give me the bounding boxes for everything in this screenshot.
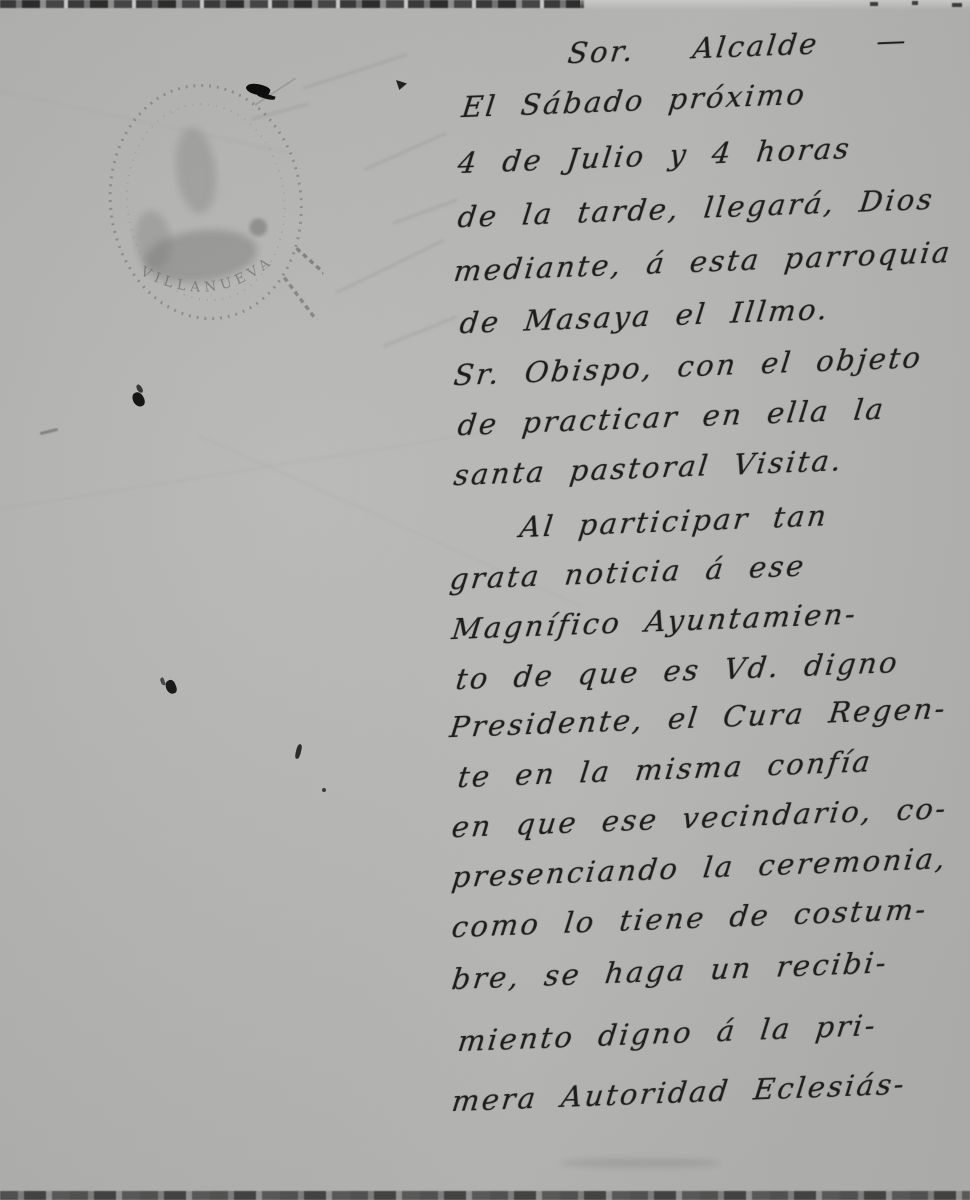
manuscript-line: miento digno á la pri- (456, 1008, 879, 1058)
seal-spur-stroke (297, 243, 329, 293)
ink-blot (164, 679, 178, 696)
ink-bleedthrough-mark (382, 315, 457, 348)
ink-bleedthrough-mark (363, 132, 446, 171)
manuscript-line: Sr. Obispo, con el objeto (452, 340, 925, 392)
ink-speck (322, 788, 326, 792)
seal-spur-stroke (284, 274, 319, 328)
ink-bleedthrough-mark (302, 53, 408, 90)
manuscript-line: to de que es Vd. digno (454, 645, 901, 696)
manuscript-line: de practicar en ella la (456, 391, 888, 442)
scanned-letter-page: VILLANUEVA Sor. Alcalde — El Sábado próx… (0, 0, 970, 1200)
manuscript-line: presenciando la ceremonia, (450, 841, 949, 894)
manuscript-line: 4 de Julio y 4 horas (456, 131, 853, 180)
manuscript-line: bre, se haga un recibi- (450, 945, 890, 996)
manuscript-line: de Masaya el Illmo. (458, 292, 832, 340)
manuscript-line: El Sábado próximo (460, 77, 809, 124)
ink-bleedthrough-mark (335, 239, 444, 294)
manuscript-line: de la tarde, llegará, Dios (456, 182, 936, 234)
seal-star-mark (248, 217, 268, 237)
paper-crease (0, 429, 497, 512)
manuscript-line: Presidente, el Cura Regen- (448, 691, 949, 744)
manuscript-line: grata noticia á ese (448, 548, 808, 596)
manuscript-line: como lo tiene de costum- (450, 892, 930, 944)
manuscript-line: Sor. Alcalde — (566, 23, 910, 70)
ink-speck (396, 80, 407, 90)
ink-speck (40, 428, 58, 435)
manuscript-line: Magnífico Ayuntamien- (450, 596, 860, 646)
manuscript-line: mera Autoridad Eclesiás- (450, 1066, 908, 1118)
ink-speck (294, 744, 302, 760)
manuscript-line: santa pastoral Visita. (452, 443, 845, 492)
parish-seal-stamp: VILLANUEVA (83, 64, 329, 344)
manuscript-line: te en la misma confía (456, 744, 874, 794)
manuscript-line: Al participar tan (518, 498, 831, 544)
ink-blot (130, 390, 147, 408)
manuscript-line: mediante, á esta parroquia (452, 235, 954, 288)
manuscript-line: en que ese vecindario, co- (450, 791, 950, 844)
manuscript-text-column: Sor. Alcalde — El Sábado próximo 4 de Ju… (448, 0, 970, 1200)
seal-central-figure (171, 125, 221, 216)
